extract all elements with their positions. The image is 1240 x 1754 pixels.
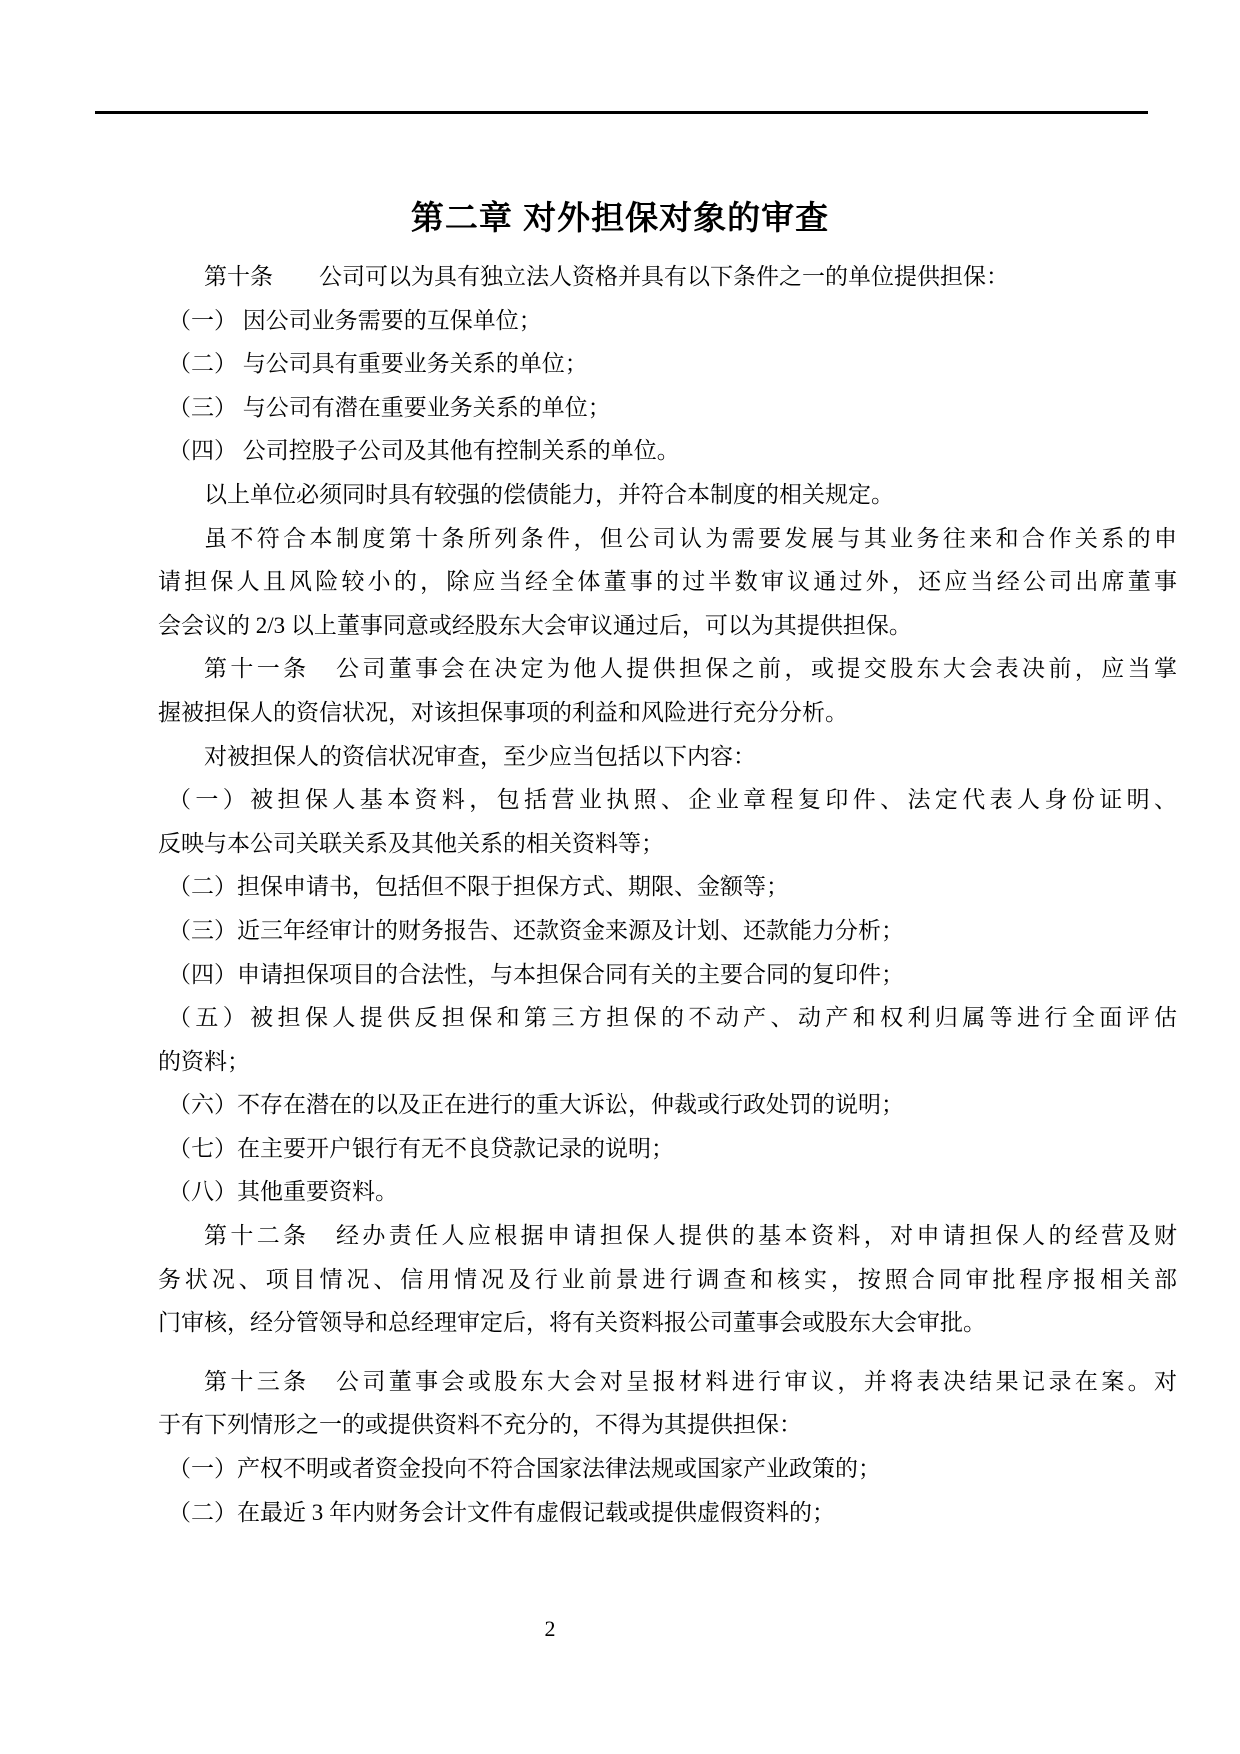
document-page: 第二章 对外担保对象的审查 第十条 公司可以为具有独立法人资格并具有以下条件之一… [0, 0, 1240, 1754]
text-line: （二）担保申请书，包括但不限于担保方式、期限、金额等； [158, 865, 1177, 909]
text-line: （六）不存在潜在的以及正在进行的重大诉讼，仲裁或行政处罚的说明； [158, 1083, 1177, 1127]
page-number: 2 [460, 1614, 640, 1644]
text-line: 务状况、项目情况、信用情况及行业前景进行调查和核实，按照合同审批程序报相关部 [158, 1258, 1177, 1302]
text-line: 虽不符合本制度第十条所列条件，但公司认为需要发展与其业务往来和合作关系的申 [158, 517, 1177, 561]
text-line: 握被担保人的资信状况，对该担保事项的利益和风险进行充分分析。 [158, 691, 1177, 735]
text-line: （四） 公司控股子公司及其他有控制关系的单位。 [158, 429, 1177, 473]
text-line: （七）在主要开户银行有无不良贷款记录的说明； [158, 1127, 1177, 1171]
text-line: （一）产权不明或者资金投向不符合国家法律法规或国家产业政策的； [158, 1447, 1177, 1491]
text-line: （三）近三年经审计的财务报告、还款资金来源及计划、还款能力分析； [158, 909, 1177, 953]
document-body: 第十条 公司可以为具有独立法人资格并具有以下条件之一的单位提供担保：（一） 因公… [158, 255, 1177, 1534]
text-line: 对被担保人的资信状况审查，至少应当包括以下内容： [158, 735, 1177, 779]
text-line: （四）申请担保项目的合法性，与本担保合同有关的主要合同的复印件； [158, 953, 1177, 997]
header-rule [95, 111, 1148, 114]
text-line: 反映与本公司关联关系及其他关系的相关资料等； [158, 822, 1177, 866]
text-line: 于有下列情形之一的或提供资料不充分的，不得为其提供担保： [158, 1403, 1177, 1447]
text-line: 第十三条 公司董事会或股东大会对呈报材料进行审议，并将表决结果记录在案。对 [158, 1360, 1177, 1404]
text-line: 的资料； [158, 1040, 1177, 1084]
text-line: 第十二条 经办责任人应根据申请担保人提供的基本资料，对申请担保人的经营及财 [158, 1214, 1177, 1258]
text-line: （三） 与公司有潜在重要业务关系的单位； [158, 386, 1177, 430]
text-line: 以上单位必须同时具有较强的偿债能力，并符合本制度的相关规定。 [158, 473, 1177, 517]
text-line: 门审核，经分管领导和总经理审定后，将有关资料报公司董事会或股东大会审批。 [158, 1301, 1177, 1345]
text-line: （一）被担保人基本资料，包括营业执照、企业章程复印件、法定代表人身份证明、 [158, 778, 1177, 822]
text-line: 请担保人且风险较小的，除应当经全体董事的过半数审议通过外，还应当经公司出席董事 [158, 560, 1177, 604]
text-line: （五）被担保人提供反担保和第三方担保的不动产、动产和权利归属等进行全面评估 [158, 996, 1177, 1040]
text-line: 第十条 公司可以为具有独立法人资格并具有以下条件之一的单位提供担保： [158, 255, 1177, 299]
text-line: （一） 因公司业务需要的互保单位； [158, 299, 1177, 343]
text-line: （二）在最近 3 年内财务会计文件有虚假记载或提供虚假资料的； [158, 1491, 1177, 1535]
text-line: 第十一条 公司董事会在决定为他人提供担保之前，或提交股东大会表决前，应当掌 [158, 647, 1177, 691]
text-line: （八）其他重要资料。 [158, 1170, 1177, 1214]
text-line: （二） 与公司具有重要业务关系的单位； [158, 342, 1177, 386]
chapter-title: 第二章 对外担保对象的审查 [0, 196, 1240, 240]
text-line: 会会议的 2/3 以上董事同意或经股东大会审议通过后，可以为其提供担保。 [158, 604, 1177, 648]
